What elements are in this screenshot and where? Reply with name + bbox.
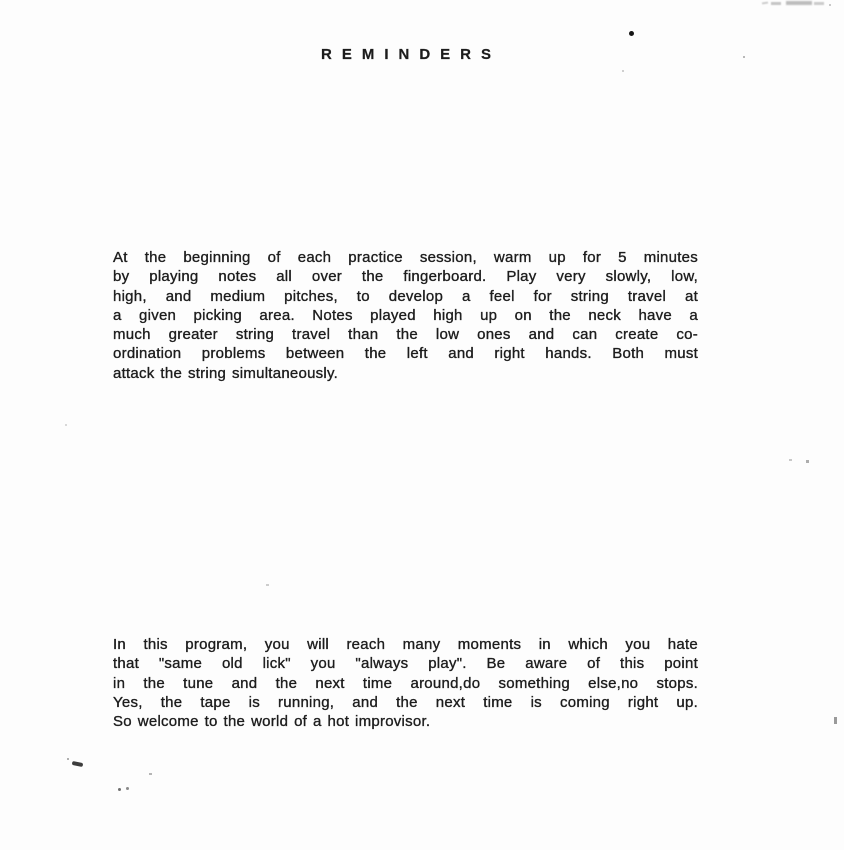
text-line: In this program, you will reach many mom… — [113, 635, 698, 654]
pen-mark — [72, 761, 84, 767]
ink-dot — [118, 788, 121, 791]
scan-smudge — [814, 2, 824, 5]
scan-speck — [622, 70, 624, 72]
text-line: much greater string travel than the low … — [113, 325, 698, 344]
document-page: REMINDERS At the beginning of each pract… — [0, 0, 844, 850]
text-line: ordination problems between the left and… — [113, 344, 698, 363]
text-line: by playing notes all over the fingerboar… — [113, 267, 698, 286]
scan-smudge — [786, 1, 812, 5]
ink-dot — [126, 787, 129, 790]
text-line: Yes, the tape is running, and the next t… — [113, 693, 698, 712]
text-line: attack the string simultaneously. — [113, 364, 698, 383]
text-line: high, and medium pitches, to develop a f… — [113, 287, 698, 306]
scan-smudge — [771, 2, 781, 5]
scan-dash — [834, 717, 837, 724]
scan-speck — [806, 460, 809, 463]
paragraph-practice-warmup: At the beginning of each practice sessio… — [113, 248, 698, 383]
text-line: So welcome to the world of a hot improvi… — [113, 712, 698, 731]
scan-smudge — [829, 4, 831, 6]
ink-dot — [629, 31, 634, 36]
scan-speck — [67, 758, 69, 760]
paragraph-improvising: In this program, you will reach many mom… — [113, 635, 698, 731]
scan-speck — [65, 424, 67, 426]
page-title: REMINDERS — [321, 46, 501, 63]
scan-speck — [149, 773, 152, 775]
text-line: that "same old lick" you "always play". … — [113, 654, 698, 673]
scan-smudge — [762, 2, 768, 5]
text-line: in the tune and the next time around,do … — [113, 674, 698, 693]
text-line: a given picking area. Notes played high … — [113, 306, 698, 325]
scan-speck — [266, 584, 269, 586]
text-line: At the beginning of each practice sessio… — [113, 248, 698, 267]
scan-speck — [743, 56, 745, 58]
scan-speck — [789, 459, 792, 461]
